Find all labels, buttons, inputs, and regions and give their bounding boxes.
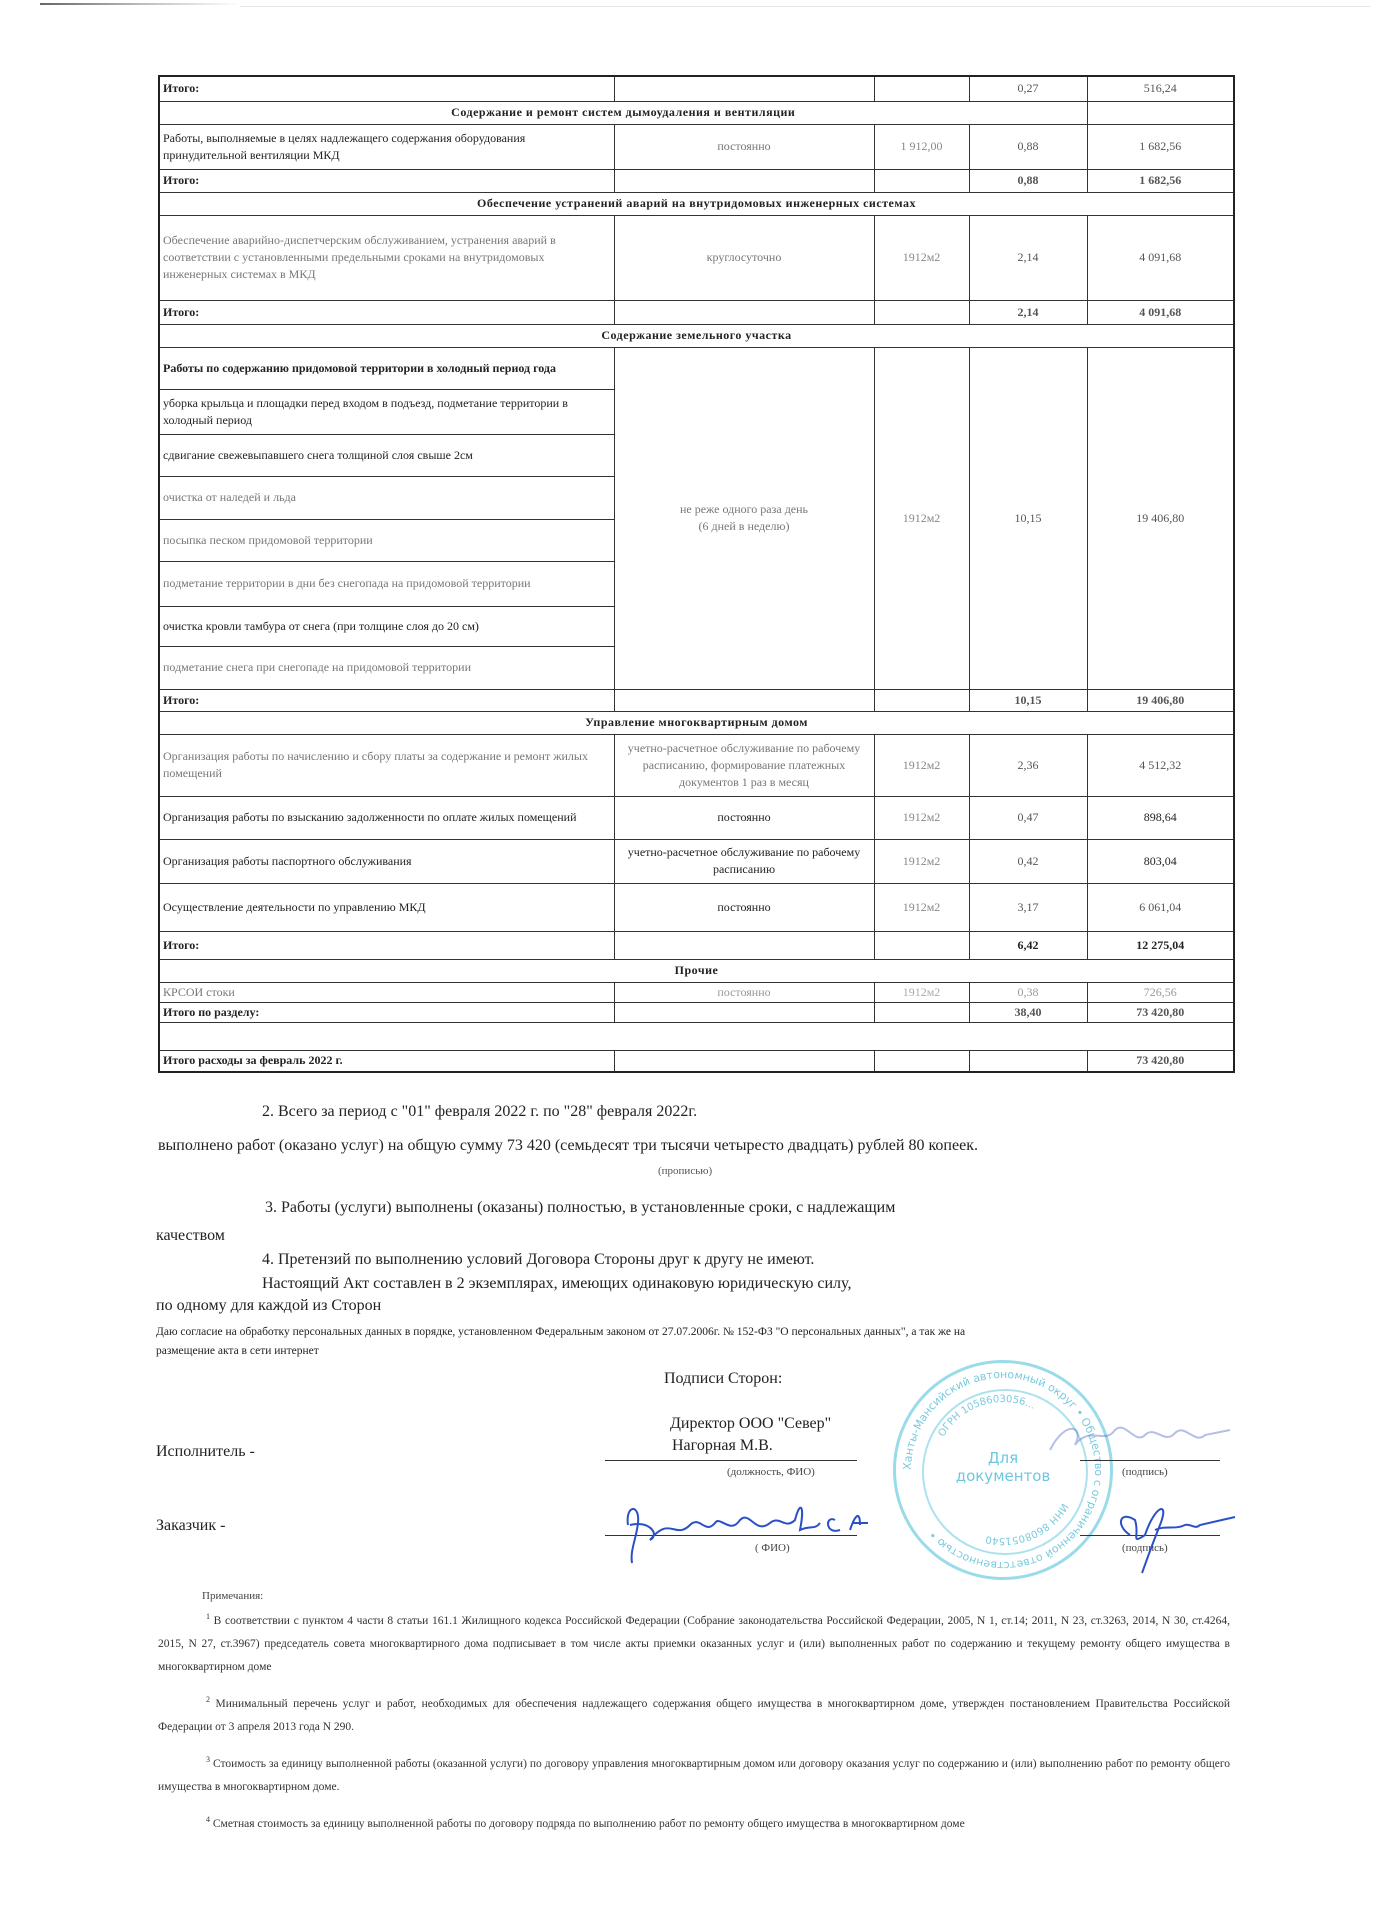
frequency-cell: постоянно: [614, 883, 874, 931]
section-header: Прочие: [159, 959, 1234, 982]
work-name: Работы по содержанию придомовой территор…: [159, 347, 614, 389]
scan-edge-mark: [240, 6, 1370, 7]
rate-cell: 0,27: [969, 76, 1087, 101]
section-header: Содержание и ремонт систем дымоудаления …: [159, 101, 1234, 124]
footnote-marker: 4: [206, 1815, 210, 1824]
work-name: подметание снега при снегопаде на придом…: [159, 646, 614, 689]
executor-name-caption: (должность, ФИО): [727, 1466, 815, 1478]
note-4: 4 Сметная стоимость за единицу выполненн…: [158, 1808, 1230, 1836]
row-label: Итого:: [159, 931, 614, 959]
table-row: Организация работы паспортного обслужива…: [159, 839, 1234, 883]
frequency-cell: не реже одного раза день (6 дней в недел…: [614, 347, 874, 689]
rate-cell: 6,42: [969, 931, 1087, 959]
executor-position: Директор ООО "Север": [670, 1415, 831, 1433]
sum-cell: 726,56: [1087, 982, 1234, 1002]
rate-cell: 2,36: [969, 734, 1087, 796]
executor-signature-caption: (подпись): [1122, 1466, 1168, 1478]
company-stamp: Ханты-Мансийский автономный округ • Обще…: [893, 1360, 1113, 1580]
frequency-cell: круглосуточно: [614, 215, 874, 300]
frequency-cell: постоянно: [614, 124, 874, 169]
paragraph-5-cont: по одному для каждой из Сторон: [156, 1297, 381, 1315]
note-1: 1 В соответствии с пунктом 4 части 8 ста…: [158, 1605, 1230, 1679]
work-name: Обеспечение аварийно-диспетчерским обслу…: [159, 215, 614, 300]
table-row-empty: [159, 1022, 1234, 1050]
work-name: Организация работы по взысканию задолжен…: [159, 796, 614, 839]
paragraph-2-sum: выполнено работ (оказано услуг) на общую…: [158, 1137, 978, 1155]
row-label: Итого:: [159, 689, 614, 711]
services-table: Итого: 0,27 516,24 Содержание и ремонт с…: [158, 75, 1235, 1073]
work-name: сдвигание свежевыпавшего снега толщиной …: [159, 434, 614, 476]
sum-cell: 19 406,80: [1087, 689, 1234, 711]
notes-title: Примечания:: [202, 1590, 263, 1602]
table-row: Работы, выполняемые в целях надлежащего …: [159, 124, 1234, 169]
row-label: Итого:: [159, 76, 614, 101]
table-row: Работы по содержанию придомовой территор…: [159, 347, 1234, 389]
table-row: Организация работы по начислению и сбору…: [159, 734, 1234, 796]
table-row-total: Итого: 6,42 12 275,04: [159, 931, 1234, 959]
sum-cell: 4 512,32: [1087, 734, 1234, 796]
footnote-marker: 1: [206, 1612, 210, 1621]
sum-cell: 73 420,80: [1087, 1050, 1234, 1072]
paragraph-2: 2. Всего за период с "01" февраля 2022 г…: [262, 1103, 697, 1121]
unit-cell: 1912м2: [874, 883, 969, 931]
paragraph-3-cont: качеством: [156, 1227, 225, 1245]
sum-cell: 73 420,80: [1087, 1002, 1234, 1022]
executor-label: Исполнитель -: [156, 1443, 255, 1461]
frequency-cell: учетно-расчетное обслуживание по рабочем…: [614, 839, 874, 883]
sum-cell: 898,64: [1087, 796, 1234, 839]
row-label: Итого:: [159, 300, 614, 324]
sum-cell: 803,04: [1087, 839, 1234, 883]
table-row: Организация работы по взысканию задолжен…: [159, 796, 1234, 839]
unit-cell: 1912м2: [874, 347, 969, 689]
rate-cell: 0,47: [969, 796, 1087, 839]
executor-signature-icon: [1045, 1415, 1235, 1460]
rate-cell: 3,17: [969, 883, 1087, 931]
row-label: Итого по разделу:: [159, 1002, 614, 1022]
work-name: уборка крыльца и площадки перед входом в…: [159, 389, 614, 434]
unit-cell: 1912м2: [874, 982, 969, 1002]
unit-cell: 1912м2: [874, 839, 969, 883]
frequency-line: (6 дней в неделю): [699, 519, 790, 533]
table-row-total: Итого: 0,27 516,24: [159, 76, 1234, 101]
note-text: Стоимость за единицу выполненной работы …: [158, 1758, 1230, 1793]
sum-cell: 6 061,04: [1087, 883, 1234, 931]
unit-cell: 1 912,00: [874, 124, 969, 169]
work-name: Работы, выполняемые в целях надлежащего …: [159, 124, 614, 169]
table-row-total: Итого: 10,15 19 406,80: [159, 689, 1234, 711]
rate-cell: 38,40: [969, 1002, 1087, 1022]
table-row-section-total: Итого по разделу: 38,40 73 420,80: [159, 1002, 1234, 1022]
rate-cell: 2,14: [969, 300, 1087, 324]
section-header: Обеспечение устранений аварий на внутрид…: [159, 192, 1234, 215]
row-label: Итого расходы за февраль 2022 г.: [159, 1050, 614, 1072]
sum-cell: 1 682,56: [1087, 124, 1234, 169]
frequency-cell: учетно-расчетное обслуживание по рабочем…: [614, 734, 874, 796]
signatures-title: Подписи Сторон:: [664, 1370, 782, 1388]
customer-handwritten-name-icon: [620, 1495, 880, 1565]
rate-cell: 0,38: [969, 982, 1087, 1002]
section-header: Содержание земельного участка: [159, 324, 1234, 347]
unit-cell: 1912м2: [874, 734, 969, 796]
rate-cell: 2,14: [969, 215, 1087, 300]
work-name: посыпка песком придомовой территории: [159, 519, 614, 561]
section-title: Содержание земельного участка: [159, 324, 1234, 347]
work-name: Организация работы паспортного обслужива…: [159, 839, 614, 883]
section-title: Управление многоквартирным домом: [159, 711, 1234, 734]
sum-cell: 12 275,04: [1087, 931, 1234, 959]
section-header: Управление многоквартирным домом: [159, 711, 1234, 734]
unit-cell: 1912м2: [874, 215, 969, 300]
rate-cell: 10,15: [969, 347, 1087, 689]
frequency-cell: постоянно: [614, 982, 874, 1002]
executor-signature-line: [1080, 1460, 1220, 1461]
section-title: Обеспечение устранений аварий на внутрид…: [159, 192, 1234, 215]
customer-label: Заказчик -: [156, 1517, 225, 1535]
rate-cell: 0,88: [969, 124, 1087, 169]
table-row-total: Итого: 0,88 1 682,56: [159, 169, 1234, 192]
consent-line-2: размещение акта в сети интернет: [156, 1345, 319, 1357]
sum-cell: 19 406,80: [1087, 347, 1234, 689]
section-title: Прочие: [159, 959, 1234, 982]
work-name: очистка от наледей и льда: [159, 476, 614, 519]
table-row-total: Итого: 2,14 4 091,68: [159, 300, 1234, 324]
consent-line-1: Даю согласие на обработку персональных д…: [156, 1326, 965, 1338]
work-name: очистка кровли тамбура от снега (при тол…: [159, 606, 614, 646]
executor-name: Нагорная М.В.: [672, 1437, 773, 1455]
stamp-line: документов: [896, 1467, 1110, 1485]
paragraph-3: 3. Работы (услуги) выполнены (оказаны) п…: [265, 1199, 895, 1217]
table-row: КРСОИ стоки постоянно 1912м2 0,38 726,56: [159, 982, 1234, 1002]
section-title: Содержание и ремонт систем дымоудаления …: [159, 101, 1087, 124]
sum-cell: 4 091,68: [1087, 215, 1234, 300]
paragraph-5: Настоящий Акт составлен в 2 экземплярах,…: [262, 1275, 851, 1293]
note-2: 2 Минимальный перечень услуг и работ, не…: [158, 1688, 1230, 1739]
frequency-line: не реже одного раза день: [680, 502, 808, 516]
work-name: Осуществление деятельности по управлению…: [159, 883, 614, 931]
rate-cell: 0,42: [969, 839, 1087, 883]
footnote-marker: 2: [206, 1695, 210, 1704]
note-3: 3 Стоимость за единицу выполненной работ…: [158, 1748, 1230, 1799]
work-name: подметание территории в дни без снегопад…: [159, 561, 614, 606]
table-row: Обеспечение аварийно-диспетчерским обслу…: [159, 215, 1234, 300]
sum-cell: 1 682,56: [1087, 169, 1234, 192]
scan-edge-mark: [40, 3, 240, 5]
rate-cell: 0,88: [969, 169, 1087, 192]
sum-cell: 516,24: [1087, 76, 1234, 101]
work-name: КРСОИ стоки: [159, 982, 614, 1002]
sum-cell: 4 091,68: [1087, 300, 1234, 324]
note-text: В соответствии с пунктом 4 части 8 стать…: [158, 1615, 1230, 1673]
note-text: Сметная стоимость за единицу выполненной…: [213, 1818, 965, 1830]
footnote-marker: 3: [206, 1755, 210, 1764]
paragraph-4: 4. Претензий по выполнению условий Догов…: [262, 1251, 814, 1269]
table-row: Осуществление деятельности по управлению…: [159, 883, 1234, 931]
row-label: Итого:: [159, 169, 614, 192]
unit-cell: 1912м2: [874, 796, 969, 839]
note-text: Минимальный перечень услуг и работ, необ…: [158, 1698, 1230, 1733]
rate-cell: 10,15: [969, 689, 1087, 711]
customer-signature-icon: [1100, 1495, 1240, 1575]
table-row-grand-total: Итого расходы за февраль 2022 г. 73 420,…: [159, 1050, 1234, 1072]
in-words-caption: (прописью): [658, 1165, 712, 1177]
work-name: Организация работы по начислению и сбору…: [159, 734, 614, 796]
frequency-cell: постоянно: [614, 796, 874, 839]
executor-name-line: [605, 1460, 857, 1461]
